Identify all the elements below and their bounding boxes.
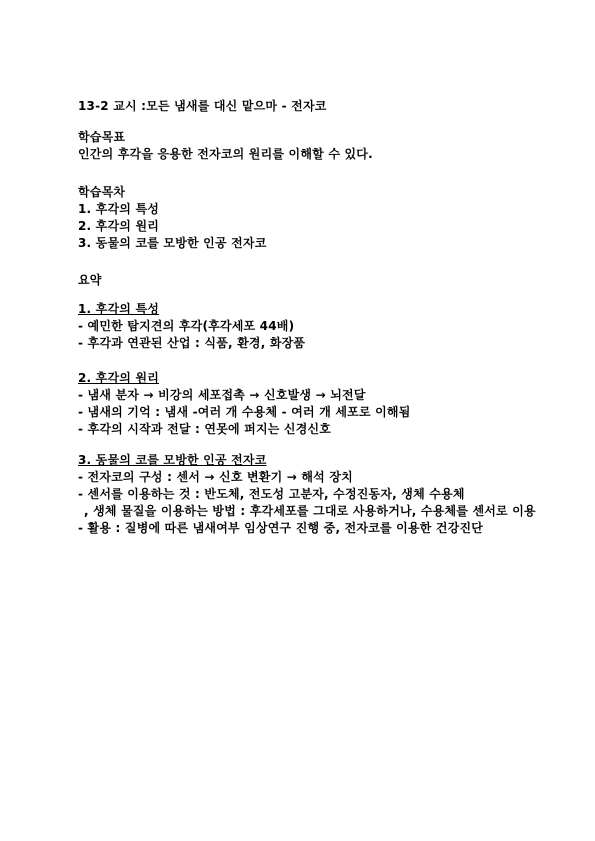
- bullet-line: - 후각과 연관된 산업 : 식품, 환경, 화장품: [78, 335, 559, 352]
- summary-section-title: 3. 동물의 코를 모방한 인공 전자코: [78, 452, 267, 469]
- objectives-section: 학습목표 인간의 후각을 응용한 전자코의 원리를 이해할 수 있다.: [78, 129, 559, 163]
- bullet-line: - 냄새 분자 → 비강의 세포접촉 → 신호발생 → 뇌전달: [78, 387, 559, 404]
- document-page: 13-2 교시 :모든 냄새를 대신 맡으마 - 전자코 학습목표 인간의 후각…: [0, 0, 595, 841]
- bullet-line: - 냄새의 기억 : 냄새 -여러 개 수용체 - 여러 개 세포로 이해됨: [78, 404, 559, 421]
- toc-item: 2. 후각의 원리: [78, 218, 559, 235]
- toc-heading: 학습목차: [78, 184, 559, 201]
- bullet-list: - 전자코의 구성 : 센서 → 신호 변환기 → 해석 장치 - 센서를 이용…: [78, 469, 559, 537]
- bullet-list: - 예민한 탐지견의 후각(후각세포 44배) - 후각과 연관된 산업 : 식…: [78, 318, 559, 352]
- objectives-text: 인간의 후각을 응용한 전자코의 원리를 이해할 수 있다.: [78, 146, 559, 163]
- summary-section-2: 2. 후각의 원리 - 냄새 분자 → 비강의 세포접촉 → 신호발생 → 뇌전…: [78, 370, 559, 438]
- document-content: 13-2 교시 :모든 냄새를 대신 맡으마 - 전자코 학습목표 인간의 후각…: [78, 98, 559, 537]
- bullet-line: - 예민한 탐지견의 후각(후각세포 44배): [78, 318, 559, 335]
- document-title: 13-2 교시 :모든 냄새를 대신 맡으마 - 전자코: [78, 98, 559, 115]
- bullet-line: - 전자코의 구성 : 센서 → 신호 변환기 → 해석 장치: [78, 469, 559, 486]
- summary-section-title: 2. 후각의 원리: [78, 370, 159, 387]
- objectives-heading: 학습목표: [78, 129, 559, 146]
- toc-section: 학습목차 1. 후각의 특성 2. 후각의 원리 3. 동물의 코를 모방한 인…: [78, 184, 559, 252]
- bullet-line: - 센서를 이용하는 것 : 반도체, 전도성 고분자, 수정진동자, 생체 수…: [78, 486, 559, 503]
- toc-item: 3. 동물의 코를 모방한 인공 전자코: [78, 235, 559, 252]
- bullet-line: - 활용 : 질병에 따른 냄새여부 임상연구 진행 중, 전자코를 이용한 건…: [78, 520, 559, 537]
- summary-section-title: 1. 후각의 특성: [78, 301, 159, 318]
- toc-item: 1. 후각의 특성: [78, 201, 559, 218]
- bullet-list: - 냄새 분자 → 비강의 세포접촉 → 신호발생 → 뇌전달 - 냄새의 기억…: [78, 387, 559, 438]
- summary-heading: 요약: [78, 272, 559, 289]
- summary-section-3: 3. 동물의 코를 모방한 인공 전자코 - 전자코의 구성 : 센서 → 신호…: [78, 452, 559, 537]
- bullet-line: , 생체 물질을 이용하는 방법 : 후각세포를 그대로 사용하거나, 수용체를…: [78, 503, 559, 520]
- bullet-line: - 후각의 시작과 전달 : 연못에 퍼지는 신경신호: [78, 421, 559, 438]
- summary-section-1: 1. 후각의 특성 - 예민한 탐지견의 후각(후각세포 44배) - 후각과 …: [78, 301, 559, 352]
